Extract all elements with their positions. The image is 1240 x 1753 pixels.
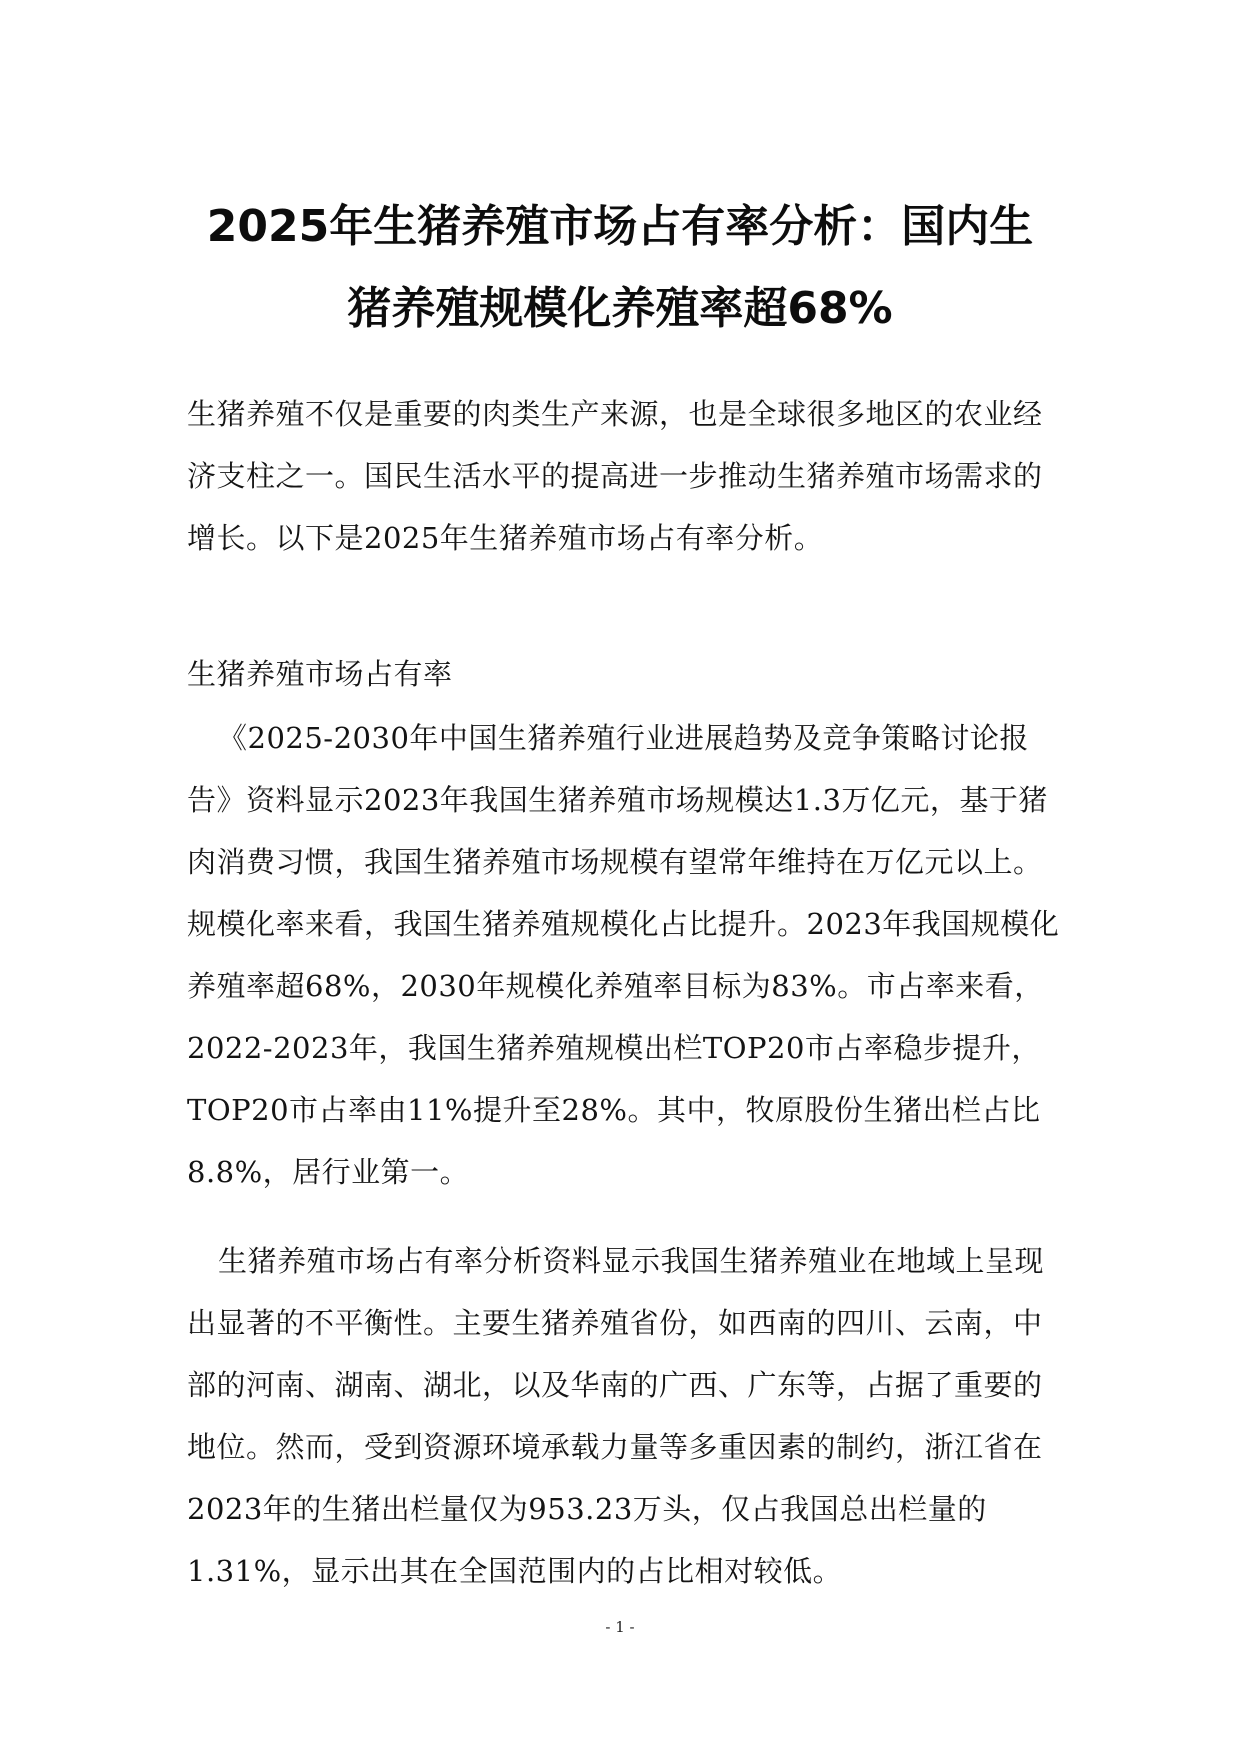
paragraph-line: TOP20市占率由11%提升至28%。其中，牧原股份生猪出栏占比 xyxy=(187,1079,1057,1141)
paragraph-line: 地位。然而，受到资源环境承载力量等多重因素的制约，浙江省在 xyxy=(187,1416,1057,1478)
paragraph-line: 8.8%，居行业第一。 xyxy=(187,1141,1057,1203)
paragraph-line: 告》资料显示2023年我国生猪养殖市场规模达1.3万亿元，基于猪 xyxy=(187,769,1057,831)
document-title: 2025年生猪养殖市场占有率分析：国内生 猪养殖规模化养殖率超68% xyxy=(150,186,1090,350)
section-heading: 生猪养殖市场占有率 xyxy=(187,643,1057,705)
section-heading-text: 生猪养殖市场占有率 xyxy=(187,643,1057,705)
paragraph-line: 1.31%，显示出其在全国范围内的占比相对较低。 xyxy=(187,1540,1057,1602)
paragraph-line: 出显著的不平衡性。主要生猪养殖省份，如西南的四川、云南，中 xyxy=(187,1292,1057,1354)
paragraph-line: 《2025-2030年中国生猪养殖行业进展趋势及竞争策略讨论报 xyxy=(187,707,1057,769)
paragraph-line: 规模化率来看，我国生猪养殖规模化占比提升。2023年我国规模化 xyxy=(187,893,1057,955)
page-number: - 1 - xyxy=(0,1618,1240,1636)
intro-line: 济支柱之一。国民生活水平的提高进一步推动生猪养殖市场需求的 xyxy=(187,445,1057,507)
market-size-paragraph: 《2025-2030年中国生猪养殖行业进展趋势及竞争策略讨论报 告》资料显示20… xyxy=(187,707,1057,1203)
title-line-1: 2025年生猪养殖市场占有率分析：国内生 xyxy=(150,186,1090,268)
document-page: 2025年生猪养殖市场占有率分析：国内生 猪养殖规模化养殖率超68% 生猪养殖不… xyxy=(0,0,1240,1753)
paragraph-line: 2023年的生猪出栏量仅为953.23万头，仅占我国总出栏量的 xyxy=(187,1478,1057,1540)
regional-distribution-paragraph: 生猪养殖市场占有率分析资料显示我国生猪养殖业在地域上呈现 出显著的不平衡性。主要… xyxy=(187,1230,1057,1602)
paragraph-line: 养殖率超68%，2030年规模化养殖率目标为83%。市占率来看， xyxy=(187,955,1057,1017)
paragraph-line: 2022-2023年，我国生猪养殖规模出栏TOP20市占率稳步提升， xyxy=(187,1017,1057,1079)
intro-line: 生猪养殖不仅是重要的肉类生产来源，也是全球很多地区的农业经 xyxy=(187,383,1057,445)
paragraph-line: 生猪养殖市场占有率分析资料显示我国生猪养殖业在地域上呈现 xyxy=(187,1230,1057,1292)
intro-paragraph: 生猪养殖不仅是重要的肉类生产来源，也是全球很多地区的农业经 济支柱之一。国民生活… xyxy=(187,383,1057,569)
title-line-2: 猪养殖规模化养殖率超68% xyxy=(150,268,1090,350)
paragraph-line: 部的河南、湖南、湖北，以及华南的广西、广东等，占据了重要的 xyxy=(187,1354,1057,1416)
paragraph-line: 肉消费习惯，我国生猪养殖市场规模有望常年维持在万亿元以上。 xyxy=(187,831,1057,893)
intro-line: 增长。以下是2025年生猪养殖市场占有率分析。 xyxy=(187,507,1057,569)
